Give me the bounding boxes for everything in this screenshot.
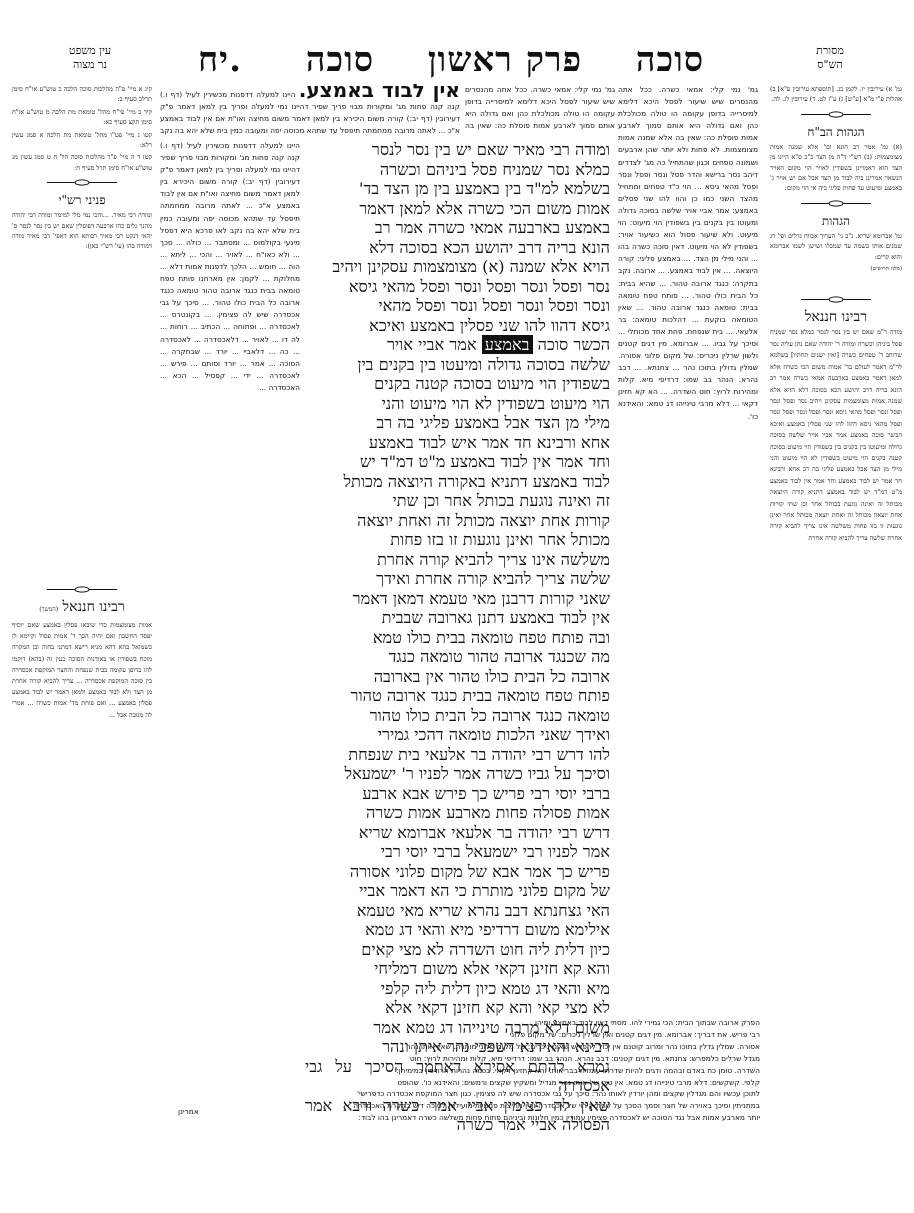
bottom-line: מגדל שרלים כלמפרש: צחנתא. מין דגים קטנים… — [160, 1053, 760, 1065]
gemara-line: שלשה בסוכה גדולה ומיעטו בין בקנים בין — [305, 355, 610, 375]
gemara-line: וסיכך על גביו כשרה אמר לפניו ר' ישמעאל — [305, 764, 610, 784]
gemara-line: הויא אלא שמנה (א) מצומצמות עסקינן ויהיב — [305, 257, 610, 277]
tosafot-lead: אין לבוד באמצע. — [299, 84, 460, 102]
gemara-line: כמלא נסר שמניח פסל ביניהם וכשרה — [305, 160, 610, 180]
gemara-line: ברבי יוסי רבי פריש כך פירש אבא ארבע — [305, 784, 610, 804]
gemara-line: הוי מיעוט בשפודין לא הוי מיעוט והני — [305, 394, 610, 414]
bottom-line: קלפי. קשקשים: דלא מרבי טינייהו דג טמא. א… — [160, 1077, 760, 1089]
gemara-line: שלשה צריך להביא קורה אחרת ואידך — [305, 569, 610, 589]
ornament-divider-icon — [801, 296, 871, 303]
chapter-name: פרק ראשון — [415, 40, 595, 80]
gemara-line: ואידך שאני הלכות טומאה דהכי גמירי — [305, 725, 610, 745]
gemara-line: זה ואינה נוגעת בכותל אחר וכן שתי — [305, 491, 610, 511]
gemara-line: מכותל אחר ואינן נוגעות זו בזו פחות — [305, 530, 610, 550]
bottom-line: אסורה. שמלין גדלין בתוכו נהר ומרוב קוטנם… — [160, 1041, 760, 1053]
rabbeinu-chananel-cont-title: רבינו חננאל (המשך) — [12, 599, 152, 618]
rashi-commentary: גמ' נמי קלי: אמאי כשרה. ככל אתה מהנסרים … — [618, 84, 758, 1009]
ornament-divider-icon — [801, 111, 871, 118]
hagahot-note: (מלה הרושים) — [770, 264, 902, 274]
gemara-line: פותח טפח טומאה בבית כנגד ארובה טהור — [305, 686, 610, 706]
gemara-line: להו דרש רבי יהודה בר אלעאי בית שנפחת — [305, 745, 610, 765]
bottom-line: במתניתין וסיכך באוירה של חצר וסמך הסכך ע… — [160, 1100, 760, 1112]
ein-mishpat-entry: קטו ג מיי' פט"ו מהל' טומאת מת הלכה א סמג… — [12, 130, 152, 151]
hagahot-habach-title: הגהות הב"ח — [770, 124, 902, 140]
gemara-line: דרש רבי יהודה בר אלעאי אברומא שריא — [305, 823, 610, 843]
hagahot-habach-text: (א) גמ' אמר רב הונא וכו' אלא שמנה אמות מ… — [770, 142, 902, 194]
tractate-name-right: סוכה — [610, 40, 730, 80]
gemara-line: אמר לפניו רבי ישמעאל ברבי יוסי רבי — [305, 842, 610, 862]
gemara-line: ארובה כל הבית כולו טהור אין בארובה — [305, 667, 610, 687]
gemara-line: אמות משום הכי כשרה אלא למאן דאמר — [305, 199, 610, 219]
gemara-line: מיא והאי דג טמא כיון דלית ליה קלפי — [305, 979, 610, 999]
left-margin: קיג א מיי' פ"ה מהלכות סוכה הלכה כ טוש"ע … — [12, 84, 152, 254]
gemara-line: אילימא משום דרדיפי מיא והאי דג טמא — [305, 920, 610, 940]
gemara-line: ומודה רבי מאיר שאם יש בין נסר לנסר — [305, 140, 610, 160]
bottom-rashi: הפרק ארובה שבתוך הבית: הכי גמירי להו. מס… — [160, 1017, 760, 1124]
gemara-line: קורות אחת יוצאה מכותל זה ואחת יוצאה — [305, 511, 610, 531]
gemara-line: פריש כך אמר אבא של מקום פלוני אסורה — [305, 862, 610, 882]
talmud-page: עין משפט נר מצוה יח. סוכה פרק ראשון סוכה… — [0, 0, 914, 1213]
gemara-line-highlight: הכשר סוכה באמצע אמר אביי אויר — [305, 335, 610, 355]
ornament-divider-icon — [801, 200, 871, 207]
masoret-hashas-header: מסורת הש"ס — [790, 44, 870, 72]
bottom-line: יותר מארבע אמות אבל נגד הסוכה יש לאכסדרה… — [160, 1112, 760, 1124]
gemara-line: וחד אמר אין לבוד באמצע מ"ט דמ"ד יש — [305, 452, 610, 472]
ein-mishpat-entry: קטז ד ה מיי' פ"ד מהלכות סוכה הל' ח ט סמג… — [12, 152, 152, 173]
hagahot-title: הגהות — [770, 213, 902, 229]
gemara-line: מילי מן הצד אבל באמצע פליגי בה רב — [305, 413, 610, 433]
pninei-rashi-text: ומודה רבי מאיר. ...והכי נמי מלי למימר ומ… — [12, 210, 152, 252]
gemara-line: באמצע בארבעה אמאי כשרה אמר רב — [305, 218, 610, 238]
gemara-line: בשפודין הוי מיעוט בסוכה קטנה בקנים — [305, 374, 610, 394]
rashi-commentary-top: גמ' נמי קלי: אמאי כשרה. ככל אתה מהנסרים … — [465, 84, 615, 134]
gemara-line: של מקום פלוני מותרת כי הא דאמר אביי — [305, 881, 610, 901]
highlighted-word[interactable]: באמצע — [482, 335, 533, 354]
rabbeinu-chananel-title: רבינו חננאל — [770, 309, 902, 325]
gemara-line: אין לבוד באמצע דתנן גארובה שבבית — [305, 608, 610, 628]
gemara-line: בשלמא למ"ד בין באמצע בין מן הצד בד' — [305, 179, 610, 199]
ornament-divider-icon — [47, 179, 117, 186]
bottom-line: הפרק ארובה שבתוך הבית: הכי גמירי להו. מס… — [160, 1017, 760, 1029]
gemara-main-text: ומודה רבי מאיר שאם יש בין נסר לנסר כמלא … — [305, 140, 610, 1135]
left-margin-lower: רבינו חננאל (המשך) אמות מצומצמות כדי שיב… — [12, 580, 152, 723]
tosafot-commentary-column: היינו למעלה דדפנות מכשירין לעיל (דף ו.) … — [160, 140, 300, 1010]
gemara-line: שאני קורות דרבנן מאי טעמא דמאן דאמר — [305, 589, 610, 609]
pninei-rashi-title: פניני רש"י — [12, 192, 152, 208]
tractate-name-left: סוכה — [280, 40, 400, 80]
gemara-line: הונא בריה דרב יהושע הכא בסוכה דלא — [305, 238, 610, 258]
ein-mishpat-header: עין משפט נר מצוה — [50, 44, 130, 72]
gemara-line: האי גצחנתא דבב נהרא שריא מאי טעמא — [305, 901, 610, 921]
tosafot-commentary: אין לבוד באמצע. היינו למעלה דדפנות מכשיר… — [160, 84, 460, 139]
bottom-line: השדרה. טומן כח באדם ובהמה ודגים להיות שד… — [160, 1065, 760, 1077]
gemara-line: לא מצי קאי והא קא חזינן דקאי אלא — [305, 998, 610, 1018]
masoret-hashas-notes: גמ' א) עירובין יז. לקמן כג. [תוספתא עירו… — [770, 84, 902, 105]
gemara-line: אמות פסולה פחות מארבע אמות כשרה — [305, 803, 610, 823]
rabbeinu-chananel-cont-text: אמות מצומצמות כדי שיבאו פסלין באמצע שאם … — [12, 620, 152, 721]
hagahot-text: גמ' אברומא שריא. נ"ב גי' הערוך אכווח גדל… — [770, 231, 902, 262]
gemara-line: מה שכנגד ארובה טהור טומאה כנגד — [305, 647, 610, 667]
rabbeinu-chananel-text: מודה ר"מ שאם יש בין נסר לנסר כמלא נסר שמ… — [770, 327, 902, 544]
gemara-line: כיון דלית ליה חוט השדרה לא מצי קאים — [305, 940, 610, 960]
gemara-line: לבוד באמצע דתניא באקורה היוצאה מכותל — [305, 472, 610, 492]
gemara-line: ובה פותח טפח טומאה בבית כולו טמא — [305, 628, 610, 648]
page-header: עין משפט נר מצוה יח. סוכה פרק ראשון סוכה… — [0, 40, 914, 80]
bottom-line: רבי פריש. את דבריך: אברומא. מין דגים קטנ… — [160, 1029, 760, 1041]
gemara-line: טומאה כנגד ארובה כל הבית כולו טהור — [305, 706, 610, 726]
gemara-line: גיסא דהוו להו שני פסלין באמצע ואיכא — [305, 316, 610, 336]
ein-mishpat-entry: קיד ב מיי' פי"ח מהל' טומאת מת הלכה מ טוש… — [12, 107, 152, 128]
bottom-line: לתוכן עכשיו והם מגדלין שקצים ומהן יורדין… — [160, 1088, 760, 1100]
ornament-divider-icon — [47, 586, 117, 593]
gemara-line: והא קא חזינן דקאי אלא משום דמליחי — [305, 959, 610, 979]
gemara-line: משלשה אינו צריך להביא קורה אחרת — [305, 550, 610, 570]
folio-number: יח. — [175, 40, 265, 80]
gemara-line: ונסר ופסל ונסר ופסל ונסר ופסל מהאי — [305, 296, 610, 316]
ein-mishpat-entry: קיג א מיי' פ"ה מהלכות סוכה הלכה כ טוש"ע … — [12, 84, 152, 105]
catchword: אמרינן — [178, 1107, 199, 1116]
gemara-line: אחא ורבינא חד אמר איש לבוד באמצע — [305, 433, 610, 453]
right-margin: גמ' א) עירובין יז. לקמן כג. [תוספתא עירו… — [770, 84, 902, 546]
gemara-line: נסר ופסל ונסר ופסל ונסר ופסל מהאי גיסא — [305, 277, 610, 297]
